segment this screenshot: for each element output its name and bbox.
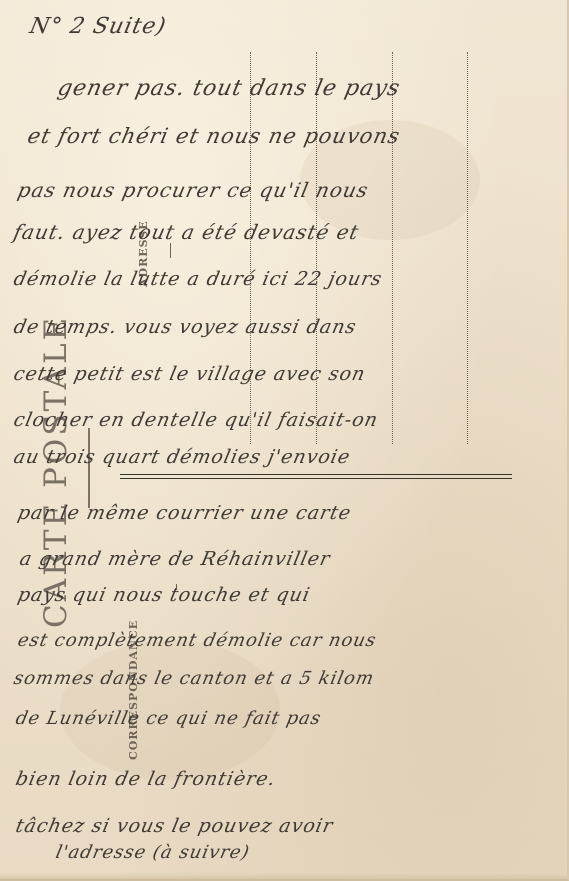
handwritten-line: cette petit est le village avec son	[12, 363, 368, 385]
printed-divider-line	[88, 428, 90, 508]
carte-postale-label: CARTE POSTALE	[38, 315, 74, 628]
handwritten-line: faut. ayez tout a été devasté et	[11, 220, 361, 244]
address-dotted-line-1	[250, 52, 251, 444]
handwritten-line: et fort chéri et nous ne pouvons	[25, 124, 402, 148]
handwritten-line: l'adresse (à suivre)	[54, 842, 252, 863]
postcard-back: CARTE POSTALE ADRESSE CORRESPONDANCE N° …	[0, 0, 569, 881]
handwritten-line: au trois quart démolies j'envoie	[12, 446, 353, 468]
handwritten-line: gener pas. tout dans le pays	[55, 76, 402, 101]
handwritten-line: est complètement démolie car nous	[16, 630, 379, 651]
handwritten-line: bien loin de la frontière.	[14, 768, 278, 790]
double-underline	[120, 474, 512, 479]
handwritten-line: tâchez si vous le pouvez avoir	[14, 815, 336, 837]
handwritten-line: a grand mère de Réhainviller	[18, 548, 333, 570]
handwritten-line: par le même courrier une carte	[16, 502, 354, 524]
handwritten-line: sommes dans le canton et a 5 kilom	[12, 668, 377, 689]
printed-tick-mark	[170, 243, 171, 258]
handwritten-line: pays qui nous touche et qui	[16, 584, 313, 606]
handwritten-heading: N° 2 Suite)	[27, 14, 168, 39]
address-dotted-line-3	[392, 52, 393, 444]
address-dotted-line-4	[467, 52, 468, 444]
handwritten-line: démolie la lutte a duré ici 22 jours	[12, 268, 385, 290]
handwritten-line: pas nous procurer ce qu'il nous	[15, 178, 370, 202]
handwritten-line: de Lunéville ce qui ne fait pas	[14, 708, 324, 729]
address-dotted-line-2	[316, 52, 317, 444]
handwritten-line: clocher en dentelle qu'il faisait-on	[12, 409, 381, 431]
handwritten-line: de temps. vous voyez aussi dans	[12, 316, 359, 338]
